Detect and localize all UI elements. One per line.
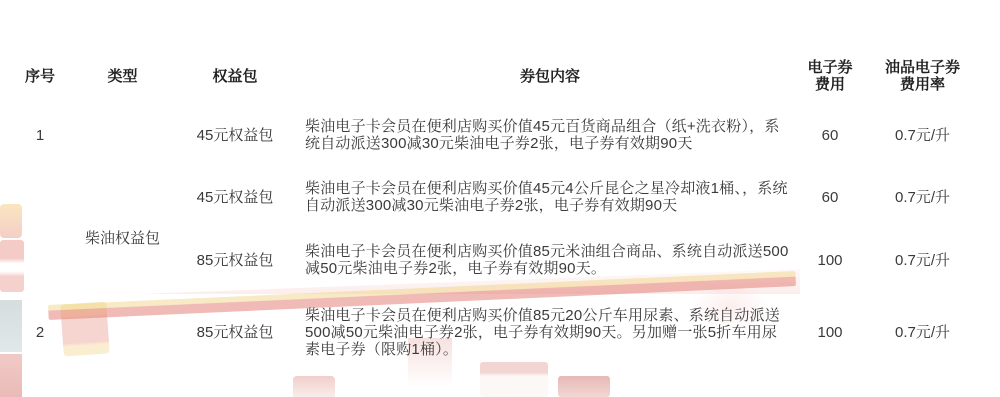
row2-content: 柴油电子卡会员在便利店购买价值45元4公斤昆仑之星冷却液1桶、，系统自动派送30… [305,166,795,228]
header-fee-line2: 费用 [815,76,845,93]
header-index: 序号 [0,48,80,104]
row3-content: 柴油电子卡会员在便利店购买价值85元米油组合商品、系统自动派送500减50元柴油… [305,228,795,292]
header-rate-line2: 费用率 [900,76,945,93]
row3-index [0,228,80,292]
row2-rate: 0.7元/升 [865,166,980,228]
header-type: 类型 [80,48,165,104]
row4-fee: 100 [795,292,865,372]
benefits-table: 序号 类型 权益包 券包内容 电子券 费用 油品电子券 费用率 柴油权益包 1 … [0,48,1000,372]
header-package-label: 权益包 [212,68,257,85]
header-rate: 油品电子券 费用率 [865,48,980,104]
header-index-label: 序号 [25,68,55,85]
row2-index [0,166,80,228]
header-content-label: 券包内容 [520,68,580,85]
header-type-label: 类型 [107,68,137,85]
header-fee: 电子券 费用 [795,48,865,104]
bg-fuel-pump-4 [558,376,610,397]
row4-rate: 0.7元/升 [865,292,980,372]
type-group-label: 柴油权益包 [85,230,160,247]
header-fee-line1: 电子券 [807,59,852,76]
row1-fee: 60 [795,104,865,166]
row1-content: 柴油电子卡会员在便利店购买价值45元百货商品组合（纸+洗衣粉），系统自动派送30… [305,104,795,166]
row4-index: 2 [0,292,80,372]
header-content: 券包内容 [305,48,795,104]
row4-package: 85元权益包 [165,292,305,372]
row4-content: 柴油电子卡会员在便利店购买价值85元20公斤车用尿素、系统自动派送500减50元… [305,292,795,372]
row1-package: 45元权益包 [165,104,305,166]
row1-index: 1 [0,104,80,166]
row3-fee: 100 [795,228,865,292]
row1-rate: 0.7元/升 [865,104,980,166]
row2-fee: 60 [795,166,865,228]
row3-rate: 0.7元/升 [865,228,980,292]
bg-fuel-pump-2 [293,376,335,397]
header-package: 权益包 [165,48,305,104]
row2-package: 45元权益包 [165,166,305,228]
type-group-cell: 柴油权益包 [80,104,165,372]
header-rate-line1: 油品电子券 [885,59,960,76]
row3-package: 85元权益包 [165,228,305,292]
